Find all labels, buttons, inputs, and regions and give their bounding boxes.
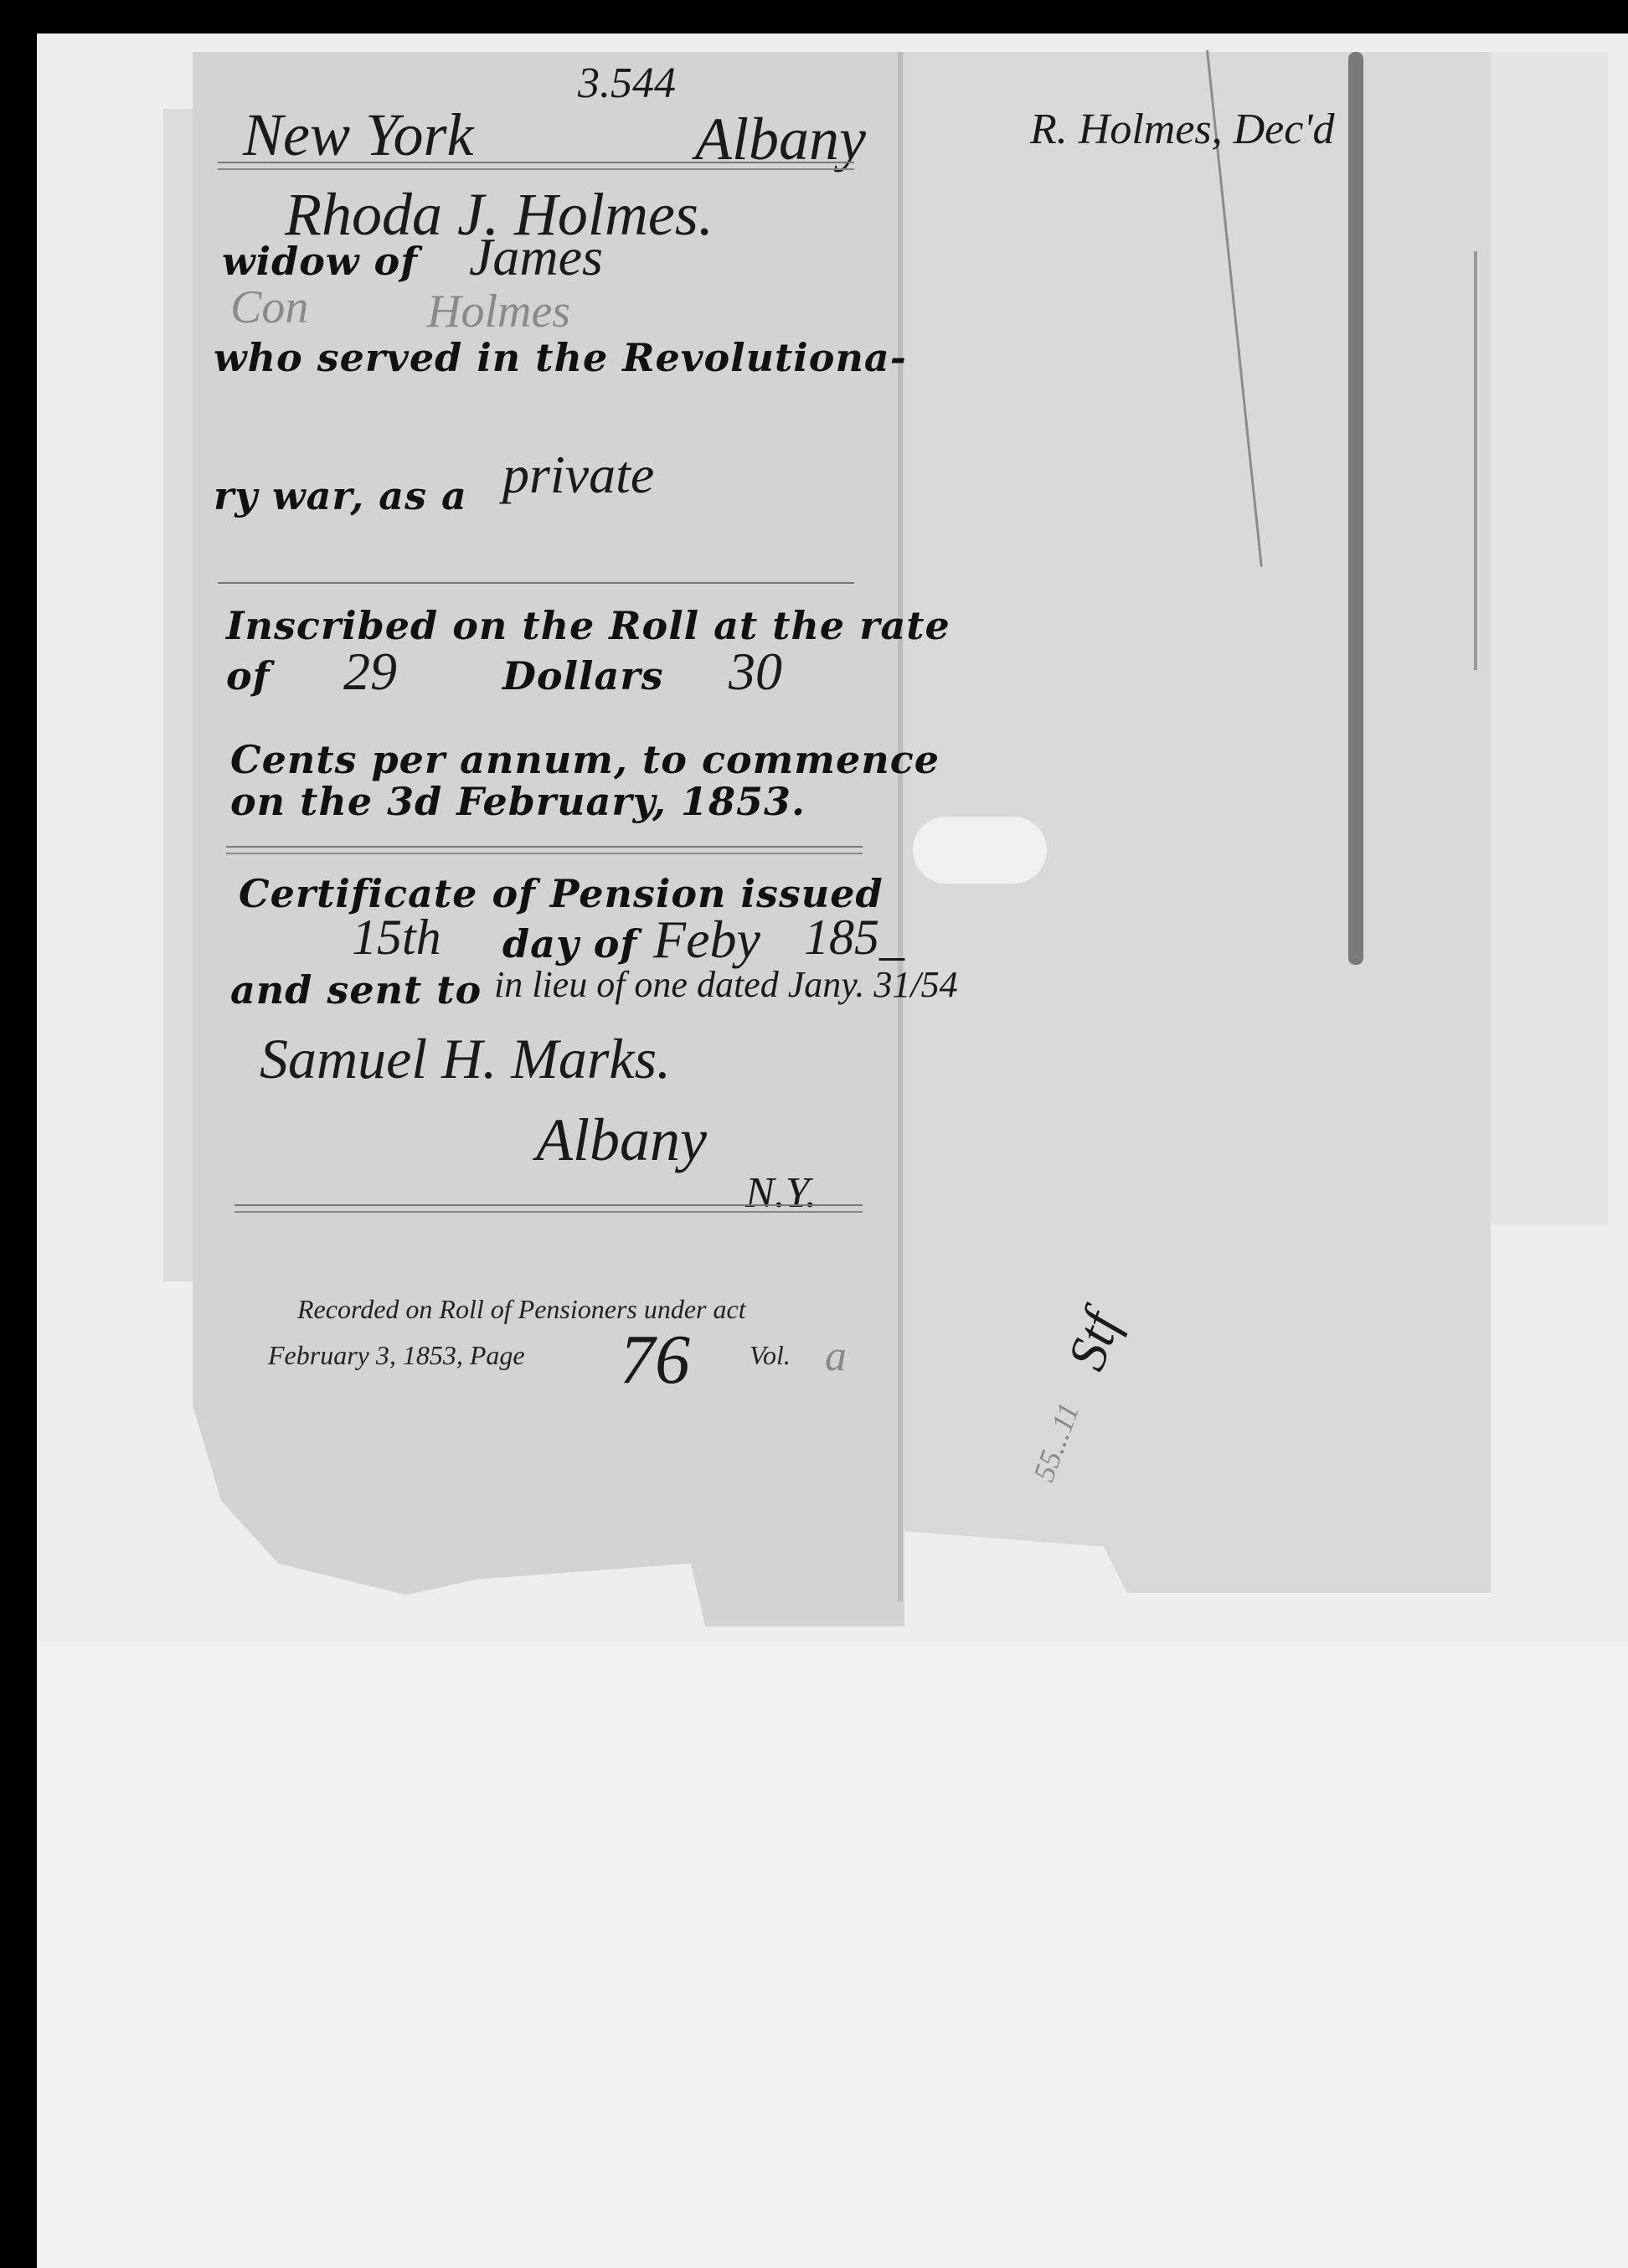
agent-city: Albany [536, 1106, 707, 1175]
soldier-last-name: Holmes [427, 285, 570, 338]
card-back-edge [1491, 52, 1608, 1224]
page-number: 76 [620, 1319, 690, 1400]
back-annotation: R. Holmes, Dec'd [1030, 105, 1334, 154]
vol-label: Vol. [750, 1340, 791, 1371]
fold-line [898, 52, 903, 1601]
state-abbrev-pencil: Con [230, 281, 308, 334]
sent-to-note: in lieu of one dated Jany. 31/54 [494, 963, 958, 1006]
served-label: who served in the Revolutiona- [214, 335, 907, 380]
card-torn-edge [163, 109, 197, 1281]
dollars-value: 29 [343, 641, 397, 703]
vol-value: a [825, 1332, 847, 1381]
act-date-label: February 3, 1853, Page [268, 1340, 525, 1371]
certificate-label: Certificate of Pension issued [239, 871, 884, 916]
served-label-2: ry war, as a [214, 473, 467, 518]
day-of-label: day of [502, 921, 637, 966]
rate-rule [226, 846, 863, 854]
inscribed-label: Inscribed on the Roll at the rate [226, 603, 951, 648]
issue-month: Feby [653, 909, 760, 971]
rank: private [502, 444, 654, 506]
header-rule [218, 162, 854, 170]
issue-day: 15th [352, 909, 441, 966]
commence-label: on the 3d February, 1853. [230, 779, 806, 824]
sent-to-label: and sent to [230, 967, 482, 1013]
dollars-label: Dollars [502, 653, 663, 698]
crack-line-2 [1474, 251, 1477, 670]
soldier-first-name: James [469, 226, 603, 288]
certificate-number: 3.544 [578, 59, 676, 108]
cents-label: Cents per annum, to commence [230, 737, 940, 782]
state-name: New York [243, 101, 473, 170]
agent-name: Samuel H. Marks. [260, 1026, 671, 1092]
scan-blank-area [37, 1642, 1628, 2268]
cents-value: 30 [729, 641, 782, 703]
rank-rule [218, 582, 854, 584]
agent-rule [234, 1204, 863, 1213]
tear-mark [1348, 52, 1363, 965]
widow-of-label: widow of [222, 239, 418, 284]
paper-hole [913, 817, 1047, 884]
issue-year: 185_ [804, 909, 904, 966]
of-label: of [226, 653, 270, 698]
